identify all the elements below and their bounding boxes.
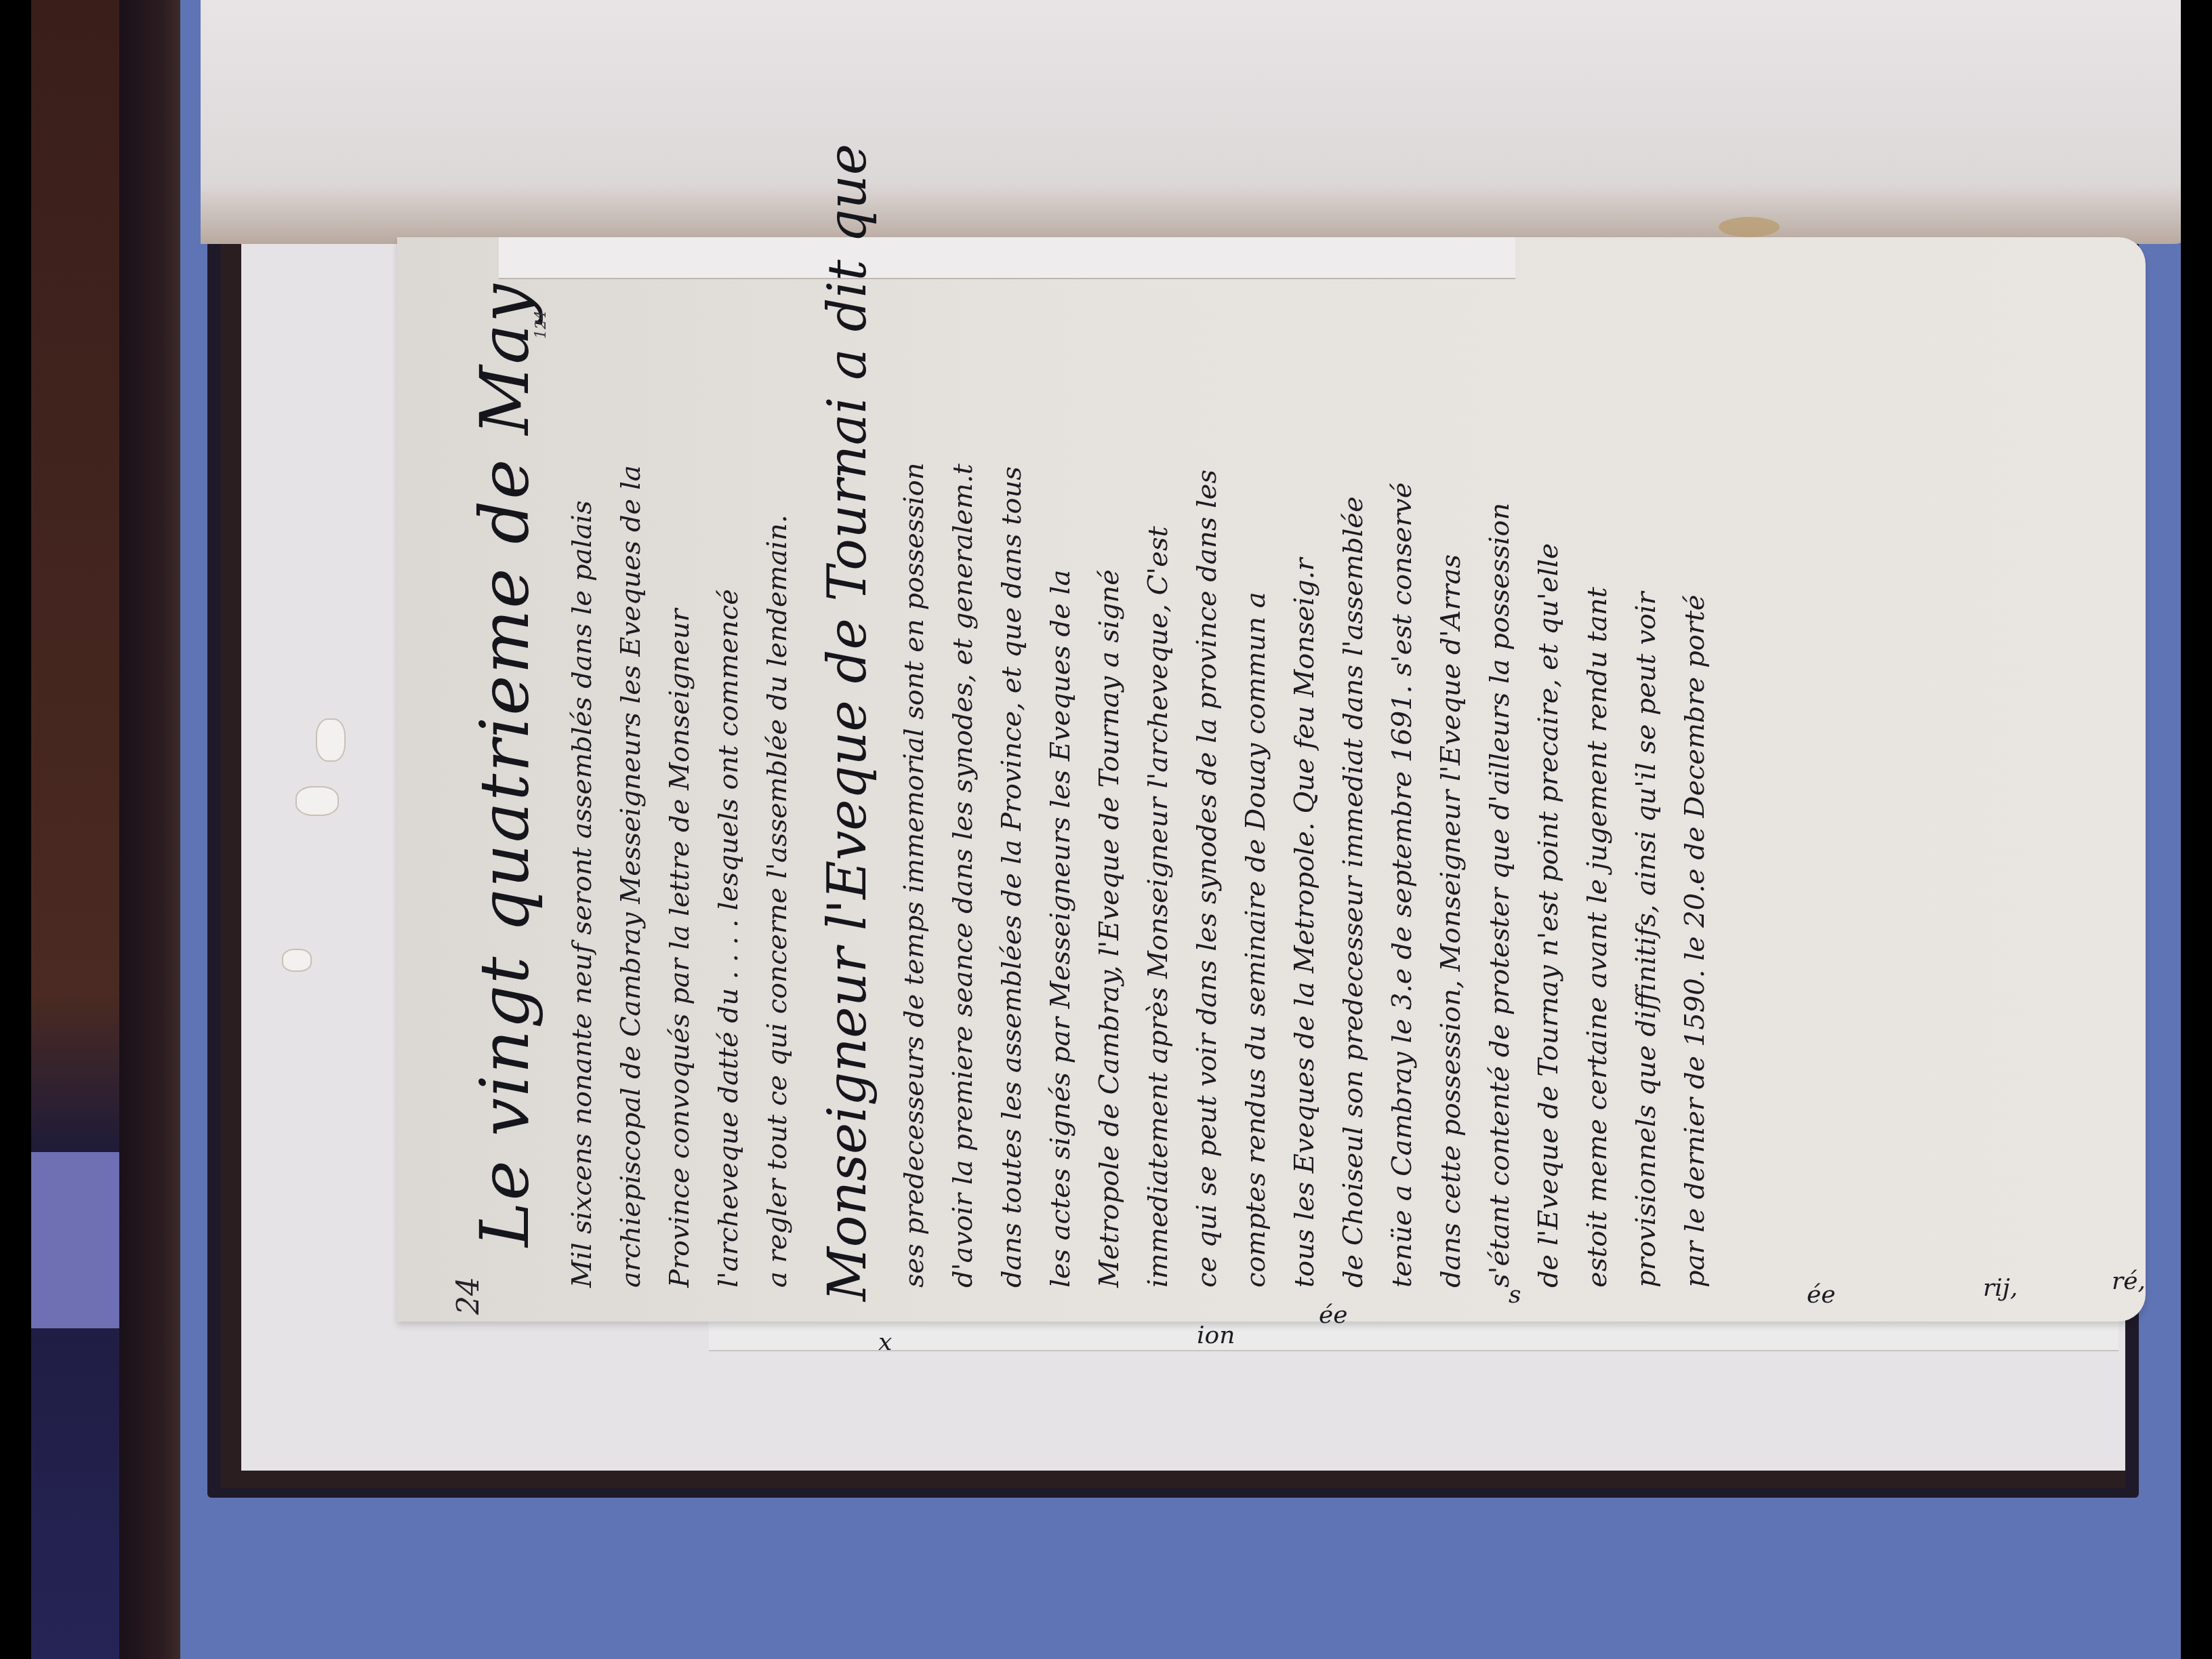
facing-page [201, 0, 2181, 244]
text-line: dans toutes les assemblées de la Provinc… [996, 466, 1027, 1288]
margin-fragment: s [1509, 1281, 1521, 1309]
stain [1719, 217, 1780, 237]
paper-damage [282, 949, 312, 972]
text-line: comptes rendus du seminaire de Douay com… [1240, 592, 1271, 1288]
text-line: ses predecesseurs de temps immemorial so… [899, 462, 930, 1288]
text-line: dans cette possession, Monseigneur l'Eve… [1435, 554, 1467, 1288]
margin-fragment: rij, [1983, 1274, 2018, 1302]
paragraph-heading: Monseigneur l'Eveque de Tournai a dit qu… [817, 144, 878, 1301]
text-line: ce qui se peut voir dans les synodes de … [1191, 470, 1223, 1288]
rotated-text-block: 24 Le vingt quatrieme de May 124 Mil six… [438, 271, 2152, 1328]
folio-number-alt: 124 [533, 310, 550, 339]
margin-fragment: ée [1319, 1301, 1348, 1329]
text-line: d'avoir la premiere seance dans les syno… [947, 464, 979, 1288]
book-spine-edge [119, 0, 180, 1659]
text-line: de Choiseul son predecesseur immediat da… [1338, 496, 1369, 1288]
margin-fragment: ion [1197, 1322, 1235, 1349]
paper-damage [316, 718, 346, 762]
text-line: Mil sixcens nonante neuf seront assemblé… [567, 501, 598, 1288]
text-line: tous les Eveques de la Metropole. Que fe… [1289, 558, 1320, 1288]
paper-damage [295, 786, 339, 816]
text-line: a regler tout ce qui concerne l'assemblé… [762, 514, 793, 1288]
text-line: l'archeveque datté du . . . . lesquels o… [713, 589, 744, 1288]
text-line: Metropole de Cambray, l'Eveque de Tourna… [1094, 569, 1125, 1288]
margin-fragment: x [878, 1328, 892, 1356]
text-line: tenüe a Cambray le 3.e de septembre 1691… [1387, 483, 1418, 1288]
folio-number: 24 [451, 1277, 486, 1315]
text-line: immediatement après Monseigneur l'archev… [1143, 526, 1174, 1288]
text-line: les actes signés par Messeigneurs les Ev… [1045, 570, 1076, 1288]
margin-fragment: ée [1807, 1281, 1836, 1309]
text-line: Province convoqués par la lettre de Mons… [664, 609, 695, 1288]
text-line: provisionnels que diffinitifs, ainsi qu'… [1631, 592, 1662, 1288]
text-line: archiepiscopal de Cambray Messeigneurs l… [615, 465, 647, 1288]
entry-heading: Le vingt quatrieme de May [465, 258, 544, 1247]
text-line: s'étant contenté de protester que d'aill… [1484, 503, 1515, 1288]
text-line: par le dernier de 1590. le 20.e de Decem… [1679, 594, 1711, 1288]
text-line: de l'Eveque de Tournay n'est point preca… [1533, 543, 1564, 1288]
margin-fragment: ré, [2112, 1267, 2146, 1295]
text-line: estoit meme certaine avant le jugement r… [1582, 587, 1613, 1288]
manuscript-photo: 24 Le vingt quatrieme de May 124 Mil six… [31, 0, 2181, 1659]
